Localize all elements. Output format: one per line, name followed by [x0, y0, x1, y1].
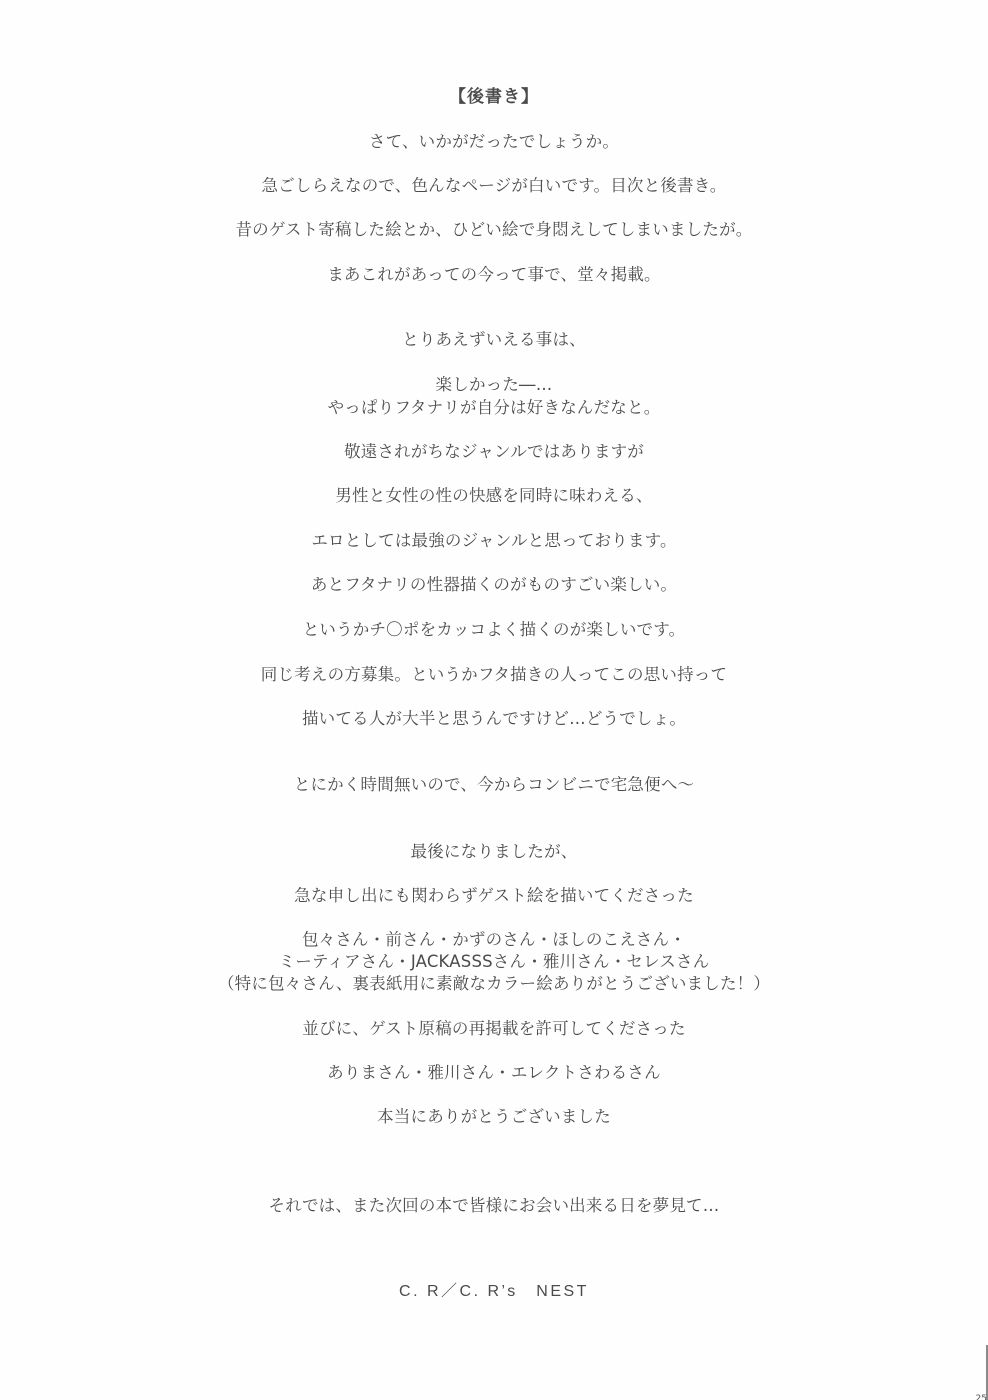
text-line: 最後になりましたが、: [0, 841, 988, 863]
guest-list-line: 包々さん・前さん・かずのさん・ほしのこえさん・: [0, 929, 988, 951]
text-line: エロとしては最強のジャンルと思っております。: [0, 530, 988, 552]
text-line: というかチ〇ポをカッコよく描くのが楽しいです。: [0, 619, 988, 641]
text-line: とにかく時間無いので、今からコンビニで宅急便へ～: [0, 774, 988, 796]
page-title: 【後書き】: [0, 86, 988, 108]
text-line: 急ごしらえなので、色んなページが白いです。目次と後書き。: [0, 175, 988, 197]
guest-list-note: （特に包々さん、裏表紙用に素敵なカラー絵ありがとうございました！）: [0, 973, 988, 995]
text-line: 同じ考えの方募集。というかフタ描きの人ってこの思い持って: [0, 664, 988, 686]
text-line: あとフタナリの性器描くのがものすごい楽しい。: [0, 574, 988, 596]
text-line: やっぱりフタナリが自分は好きなんだなと。: [0, 397, 988, 419]
text-line: 描いてる人が大半と思うんですけど…どうでしょ。: [0, 708, 988, 730]
document-page: 【後書き】 さて、いかがだったでしょうか。 急ごしらえなので、色んなページが白い…: [0, 0, 988, 1400]
text-line: それでは、また次回の本で皆様にお会い出来る日を夢見て…: [0, 1195, 988, 1217]
text-line: 男性と女性の性の快感を同時に味わえる、: [0, 485, 988, 507]
page-number: 25: [976, 1394, 987, 1400]
text-line: 並びに、ゲスト原稿の再掲載を許可してくださった: [0, 1018, 988, 1040]
text-line: 昔のゲスト寄稿した絵とか、ひどい絵で身悶えしてしまいましたが。: [0, 219, 988, 241]
text-line: 急な申し出にも関わらずゲスト絵を描いてくださった: [0, 885, 988, 907]
text-line: ありまさん・雅川さん・エレクトさわるさん: [0, 1062, 988, 1084]
signature: C. R／C. R’s NEST: [0, 1281, 988, 1303]
text-line: 楽しかった―…: [0, 374, 988, 396]
text-line: とりあえずいえる事は、: [0, 329, 988, 351]
text-line: 本当にありがとうございました: [0, 1106, 988, 1128]
text-line: さて、いかがだったでしょうか。: [0, 131, 988, 153]
guest-list-line: ミーティアさん・JACKASSSさん・雅川さん・セレスさん: [0, 951, 988, 973]
text-line: 敬遠されがちなジャンルではありますが: [0, 441, 988, 463]
text-line: まあこれがあっての今って事で、堂々掲載。: [0, 264, 988, 286]
